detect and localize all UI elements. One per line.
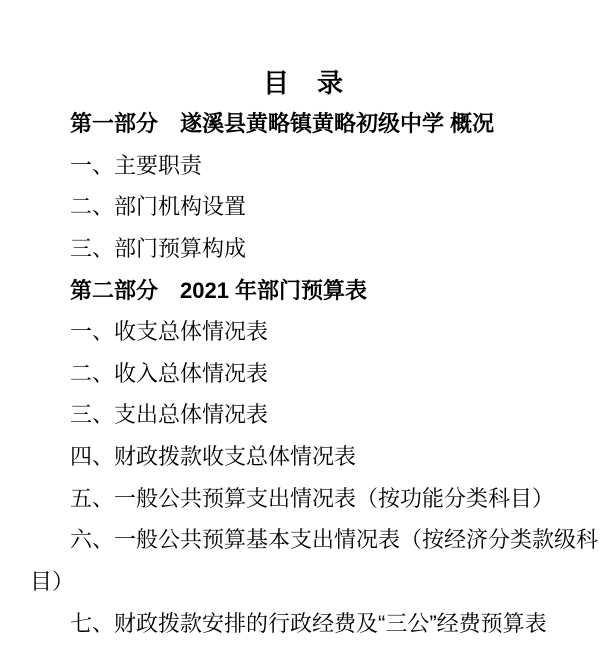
toc-entry: 七、财政拨款安排的行政经费及“三公”经费预算表 (30, 603, 582, 645)
toc-part-heading: 第一部分 遂溪县黄略镇黄略初级中学 概况 (30, 103, 582, 145)
toc-entry: 一、主要职责 (30, 145, 582, 187)
document-page: 目 录 第一部分 遂溪县黄略镇黄略初级中学 概况 一、主要职责 二、部门机构设置… (0, 0, 607, 647)
toc-entry-continuation: 目） (30, 561, 582, 603)
toc-entry: 一、收支总体情况表 (30, 311, 582, 353)
toc-entry: 二、部门机构设置 (30, 186, 582, 228)
toc-entry: 三、支出总体情况表 (30, 394, 582, 436)
page-title: 目 录 (0, 67, 607, 99)
toc-entry: 二、收入总体情况表 (30, 353, 582, 395)
toc-entry: 六、一般公共预算基本支出情况表（按经济分类款级科 (30, 519, 582, 561)
toc-entry: 三、部门预算构成 (30, 228, 582, 270)
toc-list: 第一部分 遂溪县黄略镇黄略初级中学 概况 一、主要职责 二、部门机构设置 三、部… (30, 103, 582, 644)
toc-entry: 四、财政拨款收支总体情况表 (30, 436, 582, 478)
toc-entry: 五、一般公共预算支出情况表（按功能分类科目） (30, 478, 582, 520)
toc-part-heading: 第二部分 2021 年部门预算表 (30, 270, 582, 312)
